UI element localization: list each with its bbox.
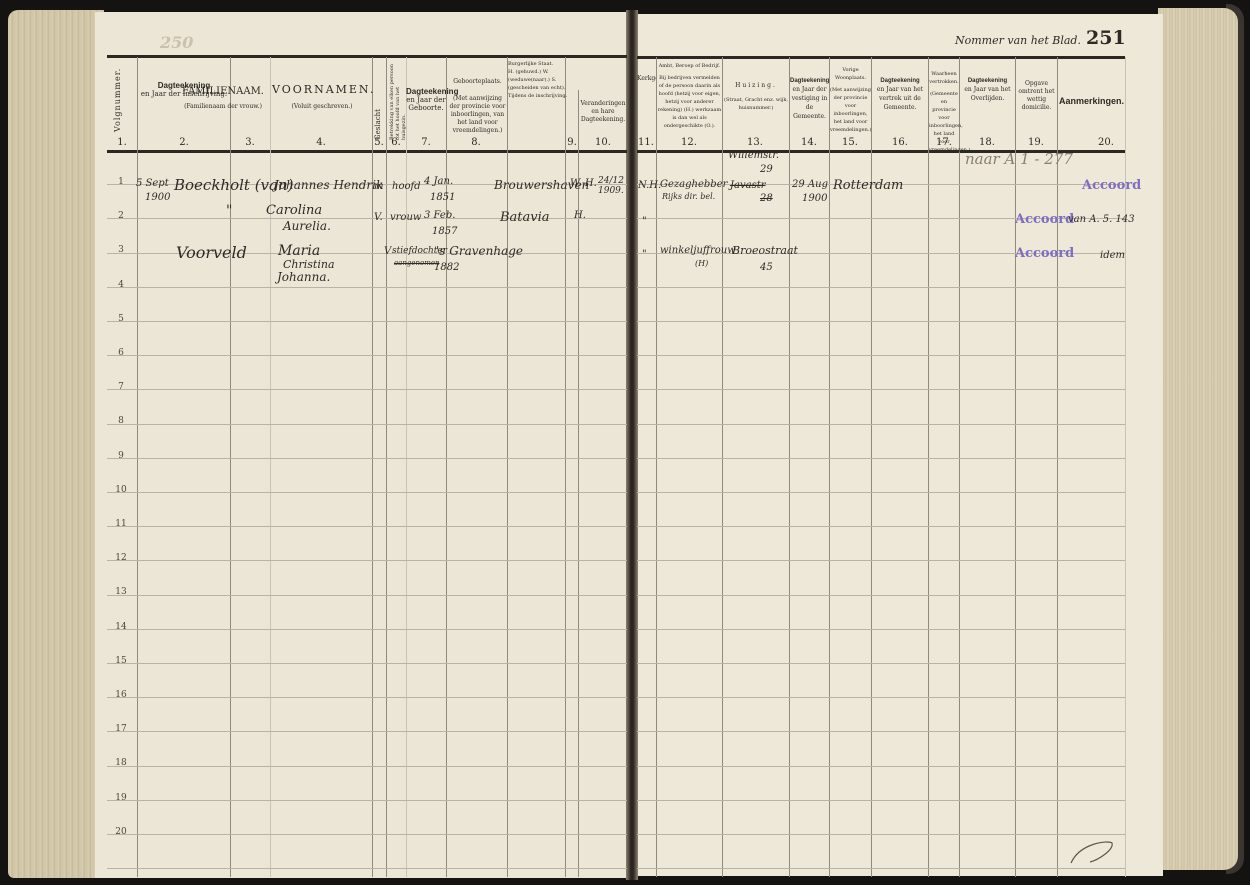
col-header-18-sub: en Jaar van het Overlijden. xyxy=(964,86,1010,102)
row-line xyxy=(107,389,627,390)
entry-1-huizing-struck-number: 28 xyxy=(760,193,773,204)
entry-2-geboorte-jaar: 1857 xyxy=(432,226,457,237)
entry-1-geslacht: m xyxy=(374,181,383,192)
column-number: 6. xyxy=(381,137,411,148)
row-line xyxy=(637,731,1125,732)
col-header-3-sub: (Familienaam der vrouw.) xyxy=(176,103,270,111)
col-header-9-sub: H. (gehuwd.) W. (weduwe(naar).) S. (gesc… xyxy=(508,68,578,100)
entry-3-note: idem xyxy=(1100,250,1125,261)
column-number: 1. xyxy=(107,137,137,148)
entry-1-accoord-stamp: Accoord xyxy=(1082,178,1141,193)
row-line xyxy=(107,458,627,459)
entry-2-burgerlijke-staat: H. xyxy=(574,210,586,221)
column-number: 15. xyxy=(835,137,865,148)
col-divider xyxy=(1057,57,1058,877)
col-header-13-sub: (Straat, Gracht enz. wijk, huisnummer.) xyxy=(723,96,789,112)
entry-3-familienaam: Voorveld xyxy=(176,243,247,262)
entry-1-huizing-new: Willemstr. xyxy=(728,150,779,161)
row-number: 11 xyxy=(111,519,131,529)
col-divider xyxy=(406,57,407,877)
row-number: 15 xyxy=(111,656,131,666)
entry-1-veranderingen: 24/12 1909. xyxy=(598,176,628,196)
entry-1-beroep-2: Rijks dir. bel. xyxy=(662,192,715,201)
column-number: 19. xyxy=(1021,137,1051,148)
row-number: 8 xyxy=(111,416,131,426)
col-header-16-title: Dagteekening xyxy=(880,78,919,84)
col-header-15-title: Vorige Woonplaats. xyxy=(830,66,871,82)
col-header-10-sub: en hare Dagteekening. xyxy=(581,108,625,123)
row-number: 7 xyxy=(111,382,131,392)
entry-1-kerk: N.H. xyxy=(638,180,661,191)
row-line xyxy=(637,526,1125,527)
row-line xyxy=(107,766,627,767)
col-divider xyxy=(829,57,830,877)
col-header-13-title: Huizing. xyxy=(723,82,789,90)
col-header-8-sub: (Met aanwijzing der provincie voor inboo… xyxy=(448,95,507,135)
row-line xyxy=(637,321,1125,322)
row-line xyxy=(637,834,1125,835)
column-number: 13. xyxy=(740,137,770,148)
row-number: 3 xyxy=(111,245,131,255)
column-number: 14. xyxy=(794,137,824,148)
left-faded-header: 250 xyxy=(160,33,193,52)
col-header-14-sub: en Jaar der vestiging in de Gemeente. xyxy=(792,86,828,120)
column-number: 20. xyxy=(1091,137,1121,148)
row-line xyxy=(637,697,1125,698)
entry-2-accoord-stamp: Accoord xyxy=(1015,212,1074,227)
col-header-8-title: Geboorteplaats. xyxy=(448,78,507,86)
row-number: 13 xyxy=(111,587,131,597)
entry-1-beroep: Gezaghebber xyxy=(660,179,727,190)
col-header-1: Volgnummer. xyxy=(113,70,122,132)
entry-1-vorige-woonplaats: Rotterdam xyxy=(833,178,903,193)
column-number: 4. xyxy=(306,137,336,148)
row-number: 16 xyxy=(111,690,131,700)
column-number: 2. xyxy=(169,137,199,148)
row-line xyxy=(107,834,627,835)
row-line xyxy=(107,697,627,698)
column-number: 10. xyxy=(588,137,618,148)
row-line xyxy=(637,560,1125,561)
column-number: 16. xyxy=(885,137,915,148)
entry-1-pencil-note: naar A 1 - 277 xyxy=(965,150,1073,168)
col-header-7-sub: en Jaar der Geboorte. xyxy=(406,96,446,112)
entry-2-geboorte-dag: 3 Feb. xyxy=(424,210,455,221)
entry-1-geboorte-dag: 4 Jan. xyxy=(424,176,453,187)
col-header-16-sub: en Jaar van het vertrek uit de Gemeente. xyxy=(877,86,923,111)
page-label: Nommer van het Blad. xyxy=(955,34,1081,47)
row-number: 5 xyxy=(111,314,131,324)
col-header-12-sub: Bij bedrijven vermelden of de persoon da… xyxy=(657,74,722,130)
col-header-9-title: Burgerlijke Staat. xyxy=(508,60,578,68)
column-number: 7. xyxy=(411,137,441,148)
entry-3-geboorte-jaar: 1882 xyxy=(434,262,459,273)
col-divider xyxy=(386,57,387,877)
col-header-15-sub: (Met aanwijzing der provincie voor inboo… xyxy=(830,86,871,134)
row-number: 2 xyxy=(111,211,131,221)
entry-1-year: 1900 xyxy=(145,192,170,203)
entry-3-accoord-stamp: Accoord xyxy=(1015,246,1074,261)
row-line xyxy=(107,321,627,322)
right-page-header: Nommer van het Blad. 251 xyxy=(955,27,1126,49)
col-header-4-sub: (Voluit geschreven.) xyxy=(272,103,372,111)
col-header-3-title: FAMILIENAAM. xyxy=(176,88,270,96)
col-header-5: Geslacht xyxy=(374,62,382,140)
entry-3-geboorteplaats: 's Gravenhage xyxy=(436,244,523,258)
header-top-rule-left xyxy=(107,55,627,58)
row-number: 17 xyxy=(111,724,131,734)
entry-1-burgerlijke-staat: W. H. xyxy=(570,178,597,189)
entry-2-familienaam: " xyxy=(226,203,232,219)
col-divider xyxy=(578,90,579,877)
column-number: 12. xyxy=(674,137,704,148)
row-line xyxy=(637,458,1125,459)
header-top-rule-right xyxy=(637,56,1125,59)
row-line xyxy=(107,629,627,630)
entry-3-beroep-2: (H) xyxy=(695,259,708,268)
row-line xyxy=(107,355,627,356)
row-number: 18 xyxy=(111,758,131,768)
column-number: 18. xyxy=(972,137,1002,148)
entry-2-kerk: " xyxy=(642,216,647,227)
col-header-4-title: VOORNAMEN. xyxy=(272,86,372,94)
left-page-number: 250 xyxy=(160,33,193,52)
entry-1-geboorte-jaar: 1851 xyxy=(430,192,455,203)
col-header-20-title: Aanmerkingen. xyxy=(1058,97,1125,105)
row-line xyxy=(637,355,1125,356)
column-number: 9. xyxy=(557,137,587,148)
row-line xyxy=(107,287,627,288)
col-header-18-title: Dagteekening xyxy=(968,78,1007,84)
entry-1-vestiging-dag: 29 Aug xyxy=(792,179,828,190)
row-number: 9 xyxy=(111,451,131,461)
entry-1-date: 5 Sept xyxy=(136,178,169,189)
col-header-11-title: Kerkgenootschap. xyxy=(637,75,656,83)
row-number: 19 xyxy=(111,793,131,803)
col-header-17-title: Waarheen vertrokken. xyxy=(929,70,959,86)
row-line xyxy=(637,389,1125,390)
row-line xyxy=(107,560,627,561)
entry-3-voornamen: Maria xyxy=(278,243,320,259)
row-number: 20 xyxy=(111,827,131,837)
row-line xyxy=(107,424,627,425)
row-line xyxy=(637,629,1125,630)
col-header-6: Betrekking van elken persoon tot het hoo… xyxy=(389,62,405,140)
entry-1-betrekking: hoofd xyxy=(392,181,421,192)
page-number: 251 xyxy=(1086,27,1126,49)
row-line xyxy=(107,800,627,801)
col-divider xyxy=(928,57,929,877)
header-bottom-rule-left xyxy=(107,150,627,153)
entry-2-geslacht: V. xyxy=(374,212,383,223)
row-line xyxy=(107,731,627,732)
entry-2-betrekking: vrouw xyxy=(390,212,421,223)
pencil-mark xyxy=(1068,838,1118,868)
col-header-10-title: Veranderingen xyxy=(581,100,626,107)
column-number: 3. xyxy=(235,137,265,148)
column-number: 17. xyxy=(929,137,959,148)
row-number: 1 xyxy=(111,177,131,187)
row-line xyxy=(107,526,627,527)
book-page-edges-left xyxy=(8,10,104,878)
row-line xyxy=(107,663,627,664)
row-line xyxy=(107,492,627,493)
row-number: 14 xyxy=(111,622,131,632)
entry-2-geboorteplaats: Batavia xyxy=(500,210,550,225)
row-line xyxy=(637,663,1125,664)
row-number: 12 xyxy=(111,553,131,563)
entry-3-geslacht: V xyxy=(384,246,391,257)
col-header-12-title: Ambt, Beroep of Bedrijf. xyxy=(657,62,722,70)
entry-3-betrekking-struck: aangenomen xyxy=(394,259,440,267)
row-number: 10 xyxy=(111,485,131,495)
entry-1-voornamen: Johannes Hendrik xyxy=(274,178,383,192)
entry-1-huizing-struck: Javastr xyxy=(730,180,766,191)
row-line xyxy=(637,492,1125,493)
row-line xyxy=(637,287,1125,288)
row-line xyxy=(637,800,1125,801)
row-number: 6 xyxy=(111,348,131,358)
row-line xyxy=(637,766,1125,767)
entry-3-huizing-number: 45 xyxy=(760,262,773,273)
row-line xyxy=(107,868,627,869)
col-divider xyxy=(789,57,790,877)
column-number: 11. xyxy=(631,137,661,148)
column-number: 8. xyxy=(461,137,491,148)
row-number: 4 xyxy=(111,280,131,290)
col-divider xyxy=(1015,57,1016,877)
col-header-14-title: Dagteekening xyxy=(790,78,829,84)
entry-2-voornamen-2: Aurelia. xyxy=(283,219,331,233)
entry-1-vestiging-jaar: 1900 xyxy=(802,193,827,204)
row-line xyxy=(107,595,627,596)
col-header-19-title: Opgave omtrent het wettig domicilie. xyxy=(1016,80,1057,112)
entry-3-voornamen-3: Johanna. xyxy=(277,270,330,284)
col-divider xyxy=(959,57,960,877)
entry-2-voornamen: Carolina xyxy=(266,203,322,218)
entry-3-kerk: " xyxy=(642,249,647,260)
book-page-edges-right xyxy=(1158,8,1238,870)
row-line xyxy=(637,868,1125,869)
row-line xyxy=(637,595,1125,596)
entry-2-note: van A. 5. 143 xyxy=(1068,214,1135,225)
entry-1-huizing-new-number: 29 xyxy=(760,164,773,175)
row-line xyxy=(637,424,1125,425)
entry-3-huizing: Broeostraat xyxy=(732,244,798,257)
entry-3-beroep: winkeljuffrouw xyxy=(660,245,736,256)
